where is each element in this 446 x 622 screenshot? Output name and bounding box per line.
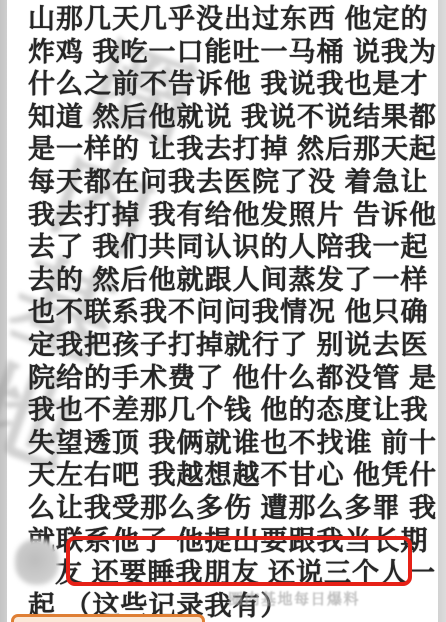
page-edge-left [0,0,7,622]
orange-annotation-cutoff [11,614,205,622]
text-line: 我去打掉 我有给他发照片 告诉他 [28,199,437,232]
text-line: 炸鸡 我吃一口能吐一马桶 说我为 [28,36,437,69]
text-line: 是一样的 让我去打掉 然后那天起 [28,133,437,166]
text-line: 每天都在问我去医院了没 着急让 [28,166,437,199]
text-line: 什么之前不告诉他 我说我也是才 [28,68,437,101]
text-line: 也不联系我不问问我情况 他只确 [28,296,437,329]
bottom-watermark: 圈内基地每日爆料 [228,588,360,609]
text-line: 知道 然后他就说 我说不说结果都 [28,101,437,134]
text-line: 去了 我们共同认识的人陪我一起 [28,231,437,264]
text-line: 我也不差那几个钱 他的态度让我 [28,394,437,427]
text-line: 院给的手术费了 他什么都没管 是 [28,362,437,395]
censored-blur-area [15,539,59,585]
text-line: 么让我受那么多伤 遭那么多罪 我 [28,492,437,525]
text-line: 去的 然后他就跟人间蒸发了一样 [28,264,437,297]
text-line: 失望透顶 我俩就谁也不找谁 前十 [28,427,437,460]
text-line: 天左右吧 我越想越不甘心 他凭什 [28,459,437,492]
page-edge-right [438,0,446,622]
red-highlight-annotation [66,536,412,586]
screenshot-root: 圈 内 基 地 山那几天几乎没出过东西 他定的 炸鸡 我吃一口能吐一马桶 说我为… [0,0,446,622]
post-text: 山那几天几乎没出过东西 他定的 炸鸡 我吃一口能吐一马桶 说我为 什么之前不告诉… [28,3,437,622]
text-line: 定我把孩子打掉就行了 别说去医 [28,329,437,362]
text-line: 山那几天几乎没出过东西 他定的 [28,3,437,36]
